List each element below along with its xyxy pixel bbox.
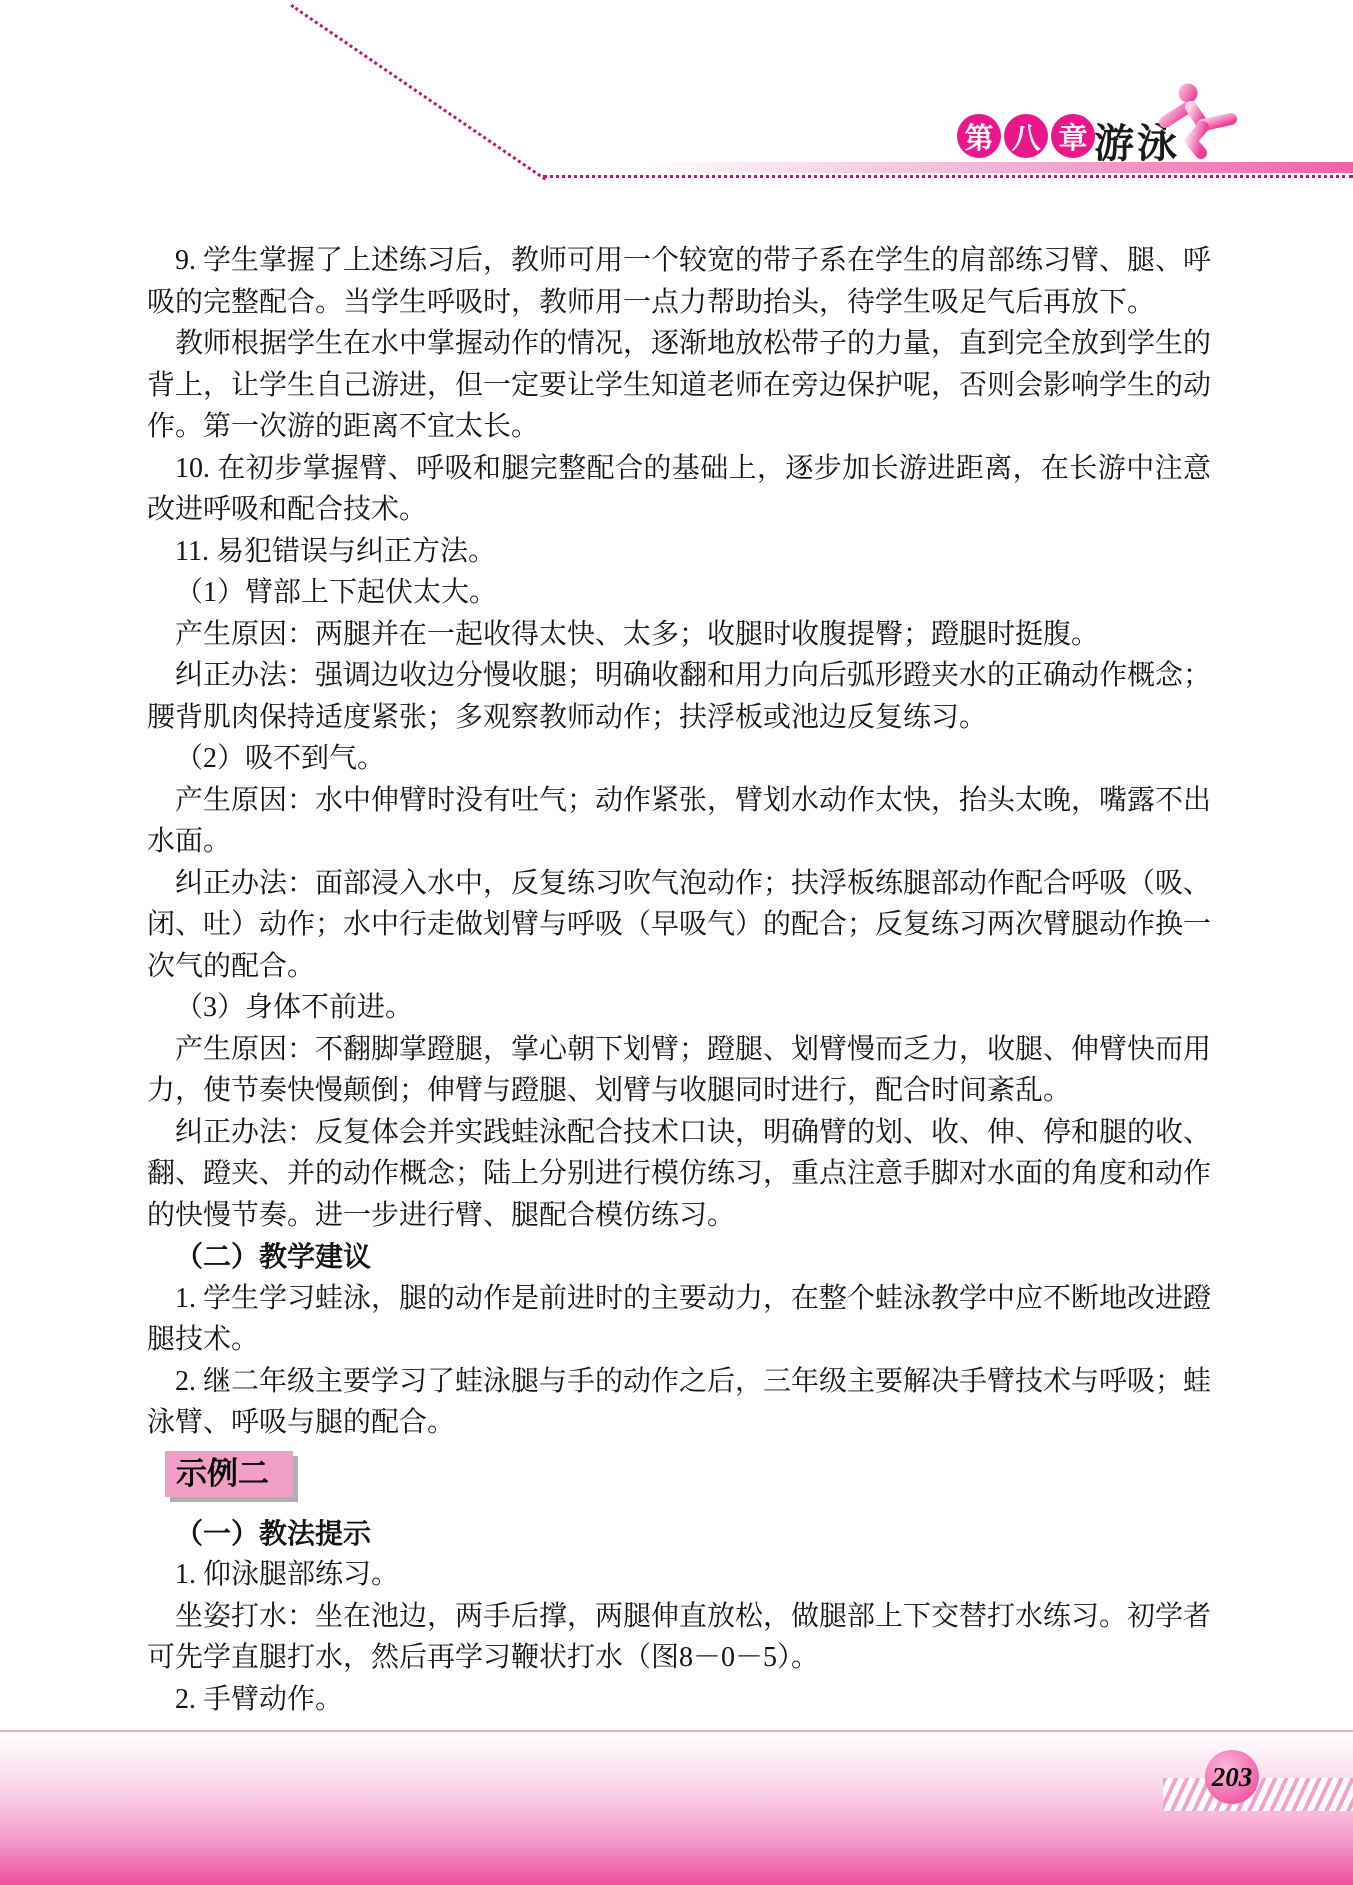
paragraph: 产生原因：不翻脚掌蹬腿，掌心朝下划臂；蹬腿、划臂慢而乏力，收腿、伸臂快而用力，使… [147,1029,1211,1112]
paragraph: 10. 在初步掌握臂、呼吸和腿完整配合的基础上，逐步加长游进距离，在长游中注意改… [147,448,1211,531]
dotted-horizontal-rule [543,175,1353,178]
chapter-badge-char: 第 [957,114,1001,158]
paragraph: 产生原因：水中伸臂时没有吐气；动作紧张，臂划水动作太快，抬头太晚，嘴露不出水面。 [147,780,1211,863]
chapter-badge: 第 八 章 [957,114,1095,158]
paragraph: 1. 仰泳腿部练习。 [147,1554,1211,1596]
paragraph: 产生原因：两腿并在一起收得太快、太多；收腿时收腹提臀；蹬腿时挺腹。 [147,614,1211,656]
paragraph: 纠正办法：反复体会并实践蛙泳配合技术口诀，明确臂的划、收、伸、停和腿的收、翻、蹬… [147,1112,1211,1237]
dotted-diagonal-rule [290,4,546,180]
paragraph: （2）吸不到气。 [147,738,1211,780]
paragraph: 教师根据学生在水中掌握动作的情况，逐渐地放松带子的力量，直到完全放到学生的背上，… [147,323,1211,448]
subsection-heading: （一）教法提示 [147,1513,1211,1555]
runner-icon [1150,82,1238,167]
paragraph: 11. 易犯错误与纠正方法。 [147,531,1211,573]
body-text: 9. 学生掌握了上述练习后，教师可用一个较宽的带子系在学生的肩部练习臂、腿、呼吸… [147,240,1211,1720]
header-gradient-bar [641,162,1353,173]
chapter-badge-char: 章 [1051,114,1095,158]
paragraph: 2. 继二年级主要学习了蛙泳腿与手的动作之后，三年级主要解决手臂技术与呼吸；蛙泳… [147,1361,1211,1444]
paragraph: 坐姿打水：坐在池边，两手后撑，两腿伸直放松，做腿部上下交替打水练习。初学者可先学… [147,1596,1211,1679]
paragraph: 纠正办法：面部浸入水中，反复练习吹气泡动作；扶浮板练腿部动作配合呼吸（吸、闭、吐… [147,863,1211,988]
textbook-page: 第 八 章 游泳 9. 学生掌握了上述练习后，教师可用一个较宽的带子系在学生的肩… [0,0,1353,1885]
paragraph: （3）身体不前进。 [147,987,1211,1029]
paragraph: 1. 学生学习蛙泳，腿的动作是前进时的主要动力，在整个蛙泳教学中应不断地改进蹬腿… [147,1278,1211,1361]
subsection-heading: （二）教学建议 [147,1236,1211,1278]
page-number-badge: 203 [1205,1750,1259,1804]
paragraph: 2. 手臂动作。 [147,1679,1211,1721]
example-2-label-box: 示例二 [165,1451,293,1497]
paragraph: （1）臂部上下起伏太大。 [147,572,1211,614]
footer-gradient: 203 [0,1730,1353,1885]
paragraph: 纠正办法：强调边收边分慢收腿；明确收翻和用力向后弧形蹬夹水的正确动作概念；腰背肌… [147,655,1211,738]
chapter-badge-char: 八 [1004,114,1048,158]
paragraph: 9. 学生掌握了上述练习后，教师可用一个较宽的带子系在学生的肩部练习臂、腿、呼吸… [147,240,1211,323]
page-number: 203 [1212,1762,1253,1793]
